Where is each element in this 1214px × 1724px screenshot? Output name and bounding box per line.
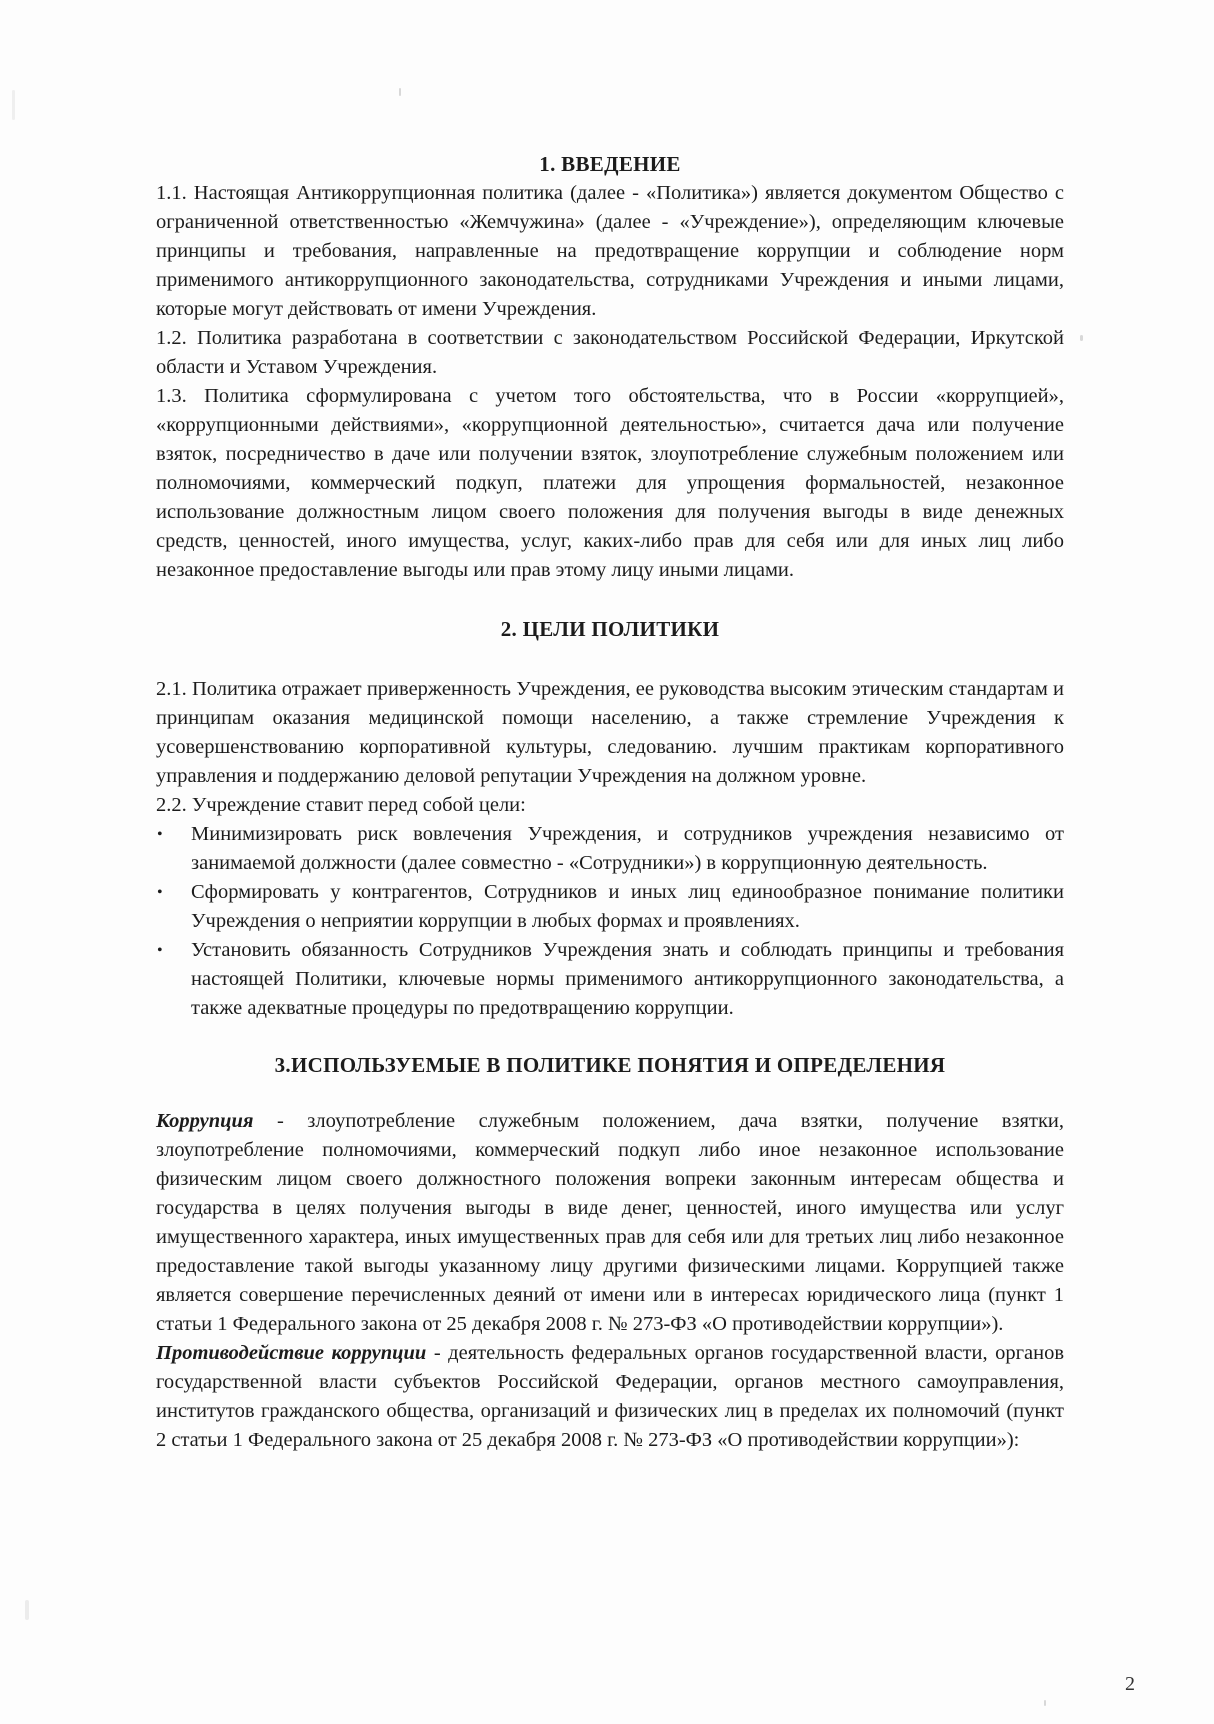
list-item: • Установить обязанность Сотрудников Учр…	[156, 936, 1064, 1023]
definition-term: Противодействие коррупции	[156, 1342, 426, 1364]
document-body: 1. ВВЕДЕНИЕ 1.1. Настоящая Антикоррупцио…	[156, 150, 1064, 1455]
section-heading: 1. ВВЕДЕНИЕ	[156, 150, 1064, 179]
scan-artifact	[1044, 1700, 1046, 1706]
page-number: 2	[1125, 1673, 1135, 1696]
bullet-icon: •	[157, 820, 163, 849]
scanned-document-page: 1. ВВЕДЕНИЕ 1.1. Настоящая Антикоррупцио…	[0, 0, 1214, 1724]
scan-artifact	[25, 1600, 29, 1620]
definition-anti-corruption: Противодействие коррупции - деятельность…	[156, 1339, 1064, 1455]
list-item-text: Минимизировать риск вовлечения Учреждени…	[191, 823, 1064, 874]
definition-term: Коррупция	[156, 1110, 253, 1132]
paragraph-1-2: 1.2. Политика разработана в соответствии…	[156, 324, 1064, 382]
scan-artifact	[399, 88, 401, 96]
list-item: • Сформировать у контрагентов, Сотрудник…	[156, 878, 1064, 936]
definition-corruption: Коррупция - злоупотребление служебным по…	[156, 1107, 1064, 1339]
list-item-text: Сформировать у контрагентов, Сотрудников…	[191, 881, 1064, 932]
paragraph-2-1: 2.1. Политика отражает приверженность Уч…	[156, 675, 1064, 791]
list-item: • Минимизировать риск вовлечения Учрежде…	[156, 820, 1064, 878]
bullet-icon: •	[157, 936, 163, 965]
scan-artifact	[12, 90, 15, 120]
scan-artifact	[1080, 335, 1083, 341]
section-introduction: 1. ВВЕДЕНИЕ 1.1. Настоящая Антикоррупцио…	[156, 150, 1064, 585]
paragraph-2-2: 2.2. Учреждение ставит перед собой цели:	[156, 791, 1064, 820]
paragraph-1-3: 1.3. Политика сформулирована с учетом то…	[156, 382, 1064, 585]
bullet-icon: •	[157, 878, 163, 907]
section-policy-goals: 2. ЦЕЛИ ПОЛИТИКИ 2.1. Политика отражает …	[156, 615, 1064, 1023]
section-heading: 2. ЦЕЛИ ПОЛИТИКИ	[156, 615, 1064, 644]
section-definitions: 3.ИСПОЛЬЗУЕМЫЕ В ПОЛИТИКЕ ПОНЯТИЯ И ОПРЕ…	[156, 1051, 1064, 1455]
definition-text: - злоупотребление служебным положением, …	[156, 1110, 1064, 1335]
list-item-text: Установить обязанность Сотрудников Учреж…	[191, 939, 1064, 1019]
goals-list: • Минимизировать риск вовлечения Учрежде…	[156, 820, 1064, 1023]
paragraph-1-1: 1.1. Настоящая Антикоррупционная политик…	[156, 179, 1064, 324]
section-heading: 3.ИСПОЛЬЗУЕМЫЕ В ПОЛИТИКЕ ПОНЯТИЯ И ОПРЕ…	[156, 1051, 1064, 1080]
